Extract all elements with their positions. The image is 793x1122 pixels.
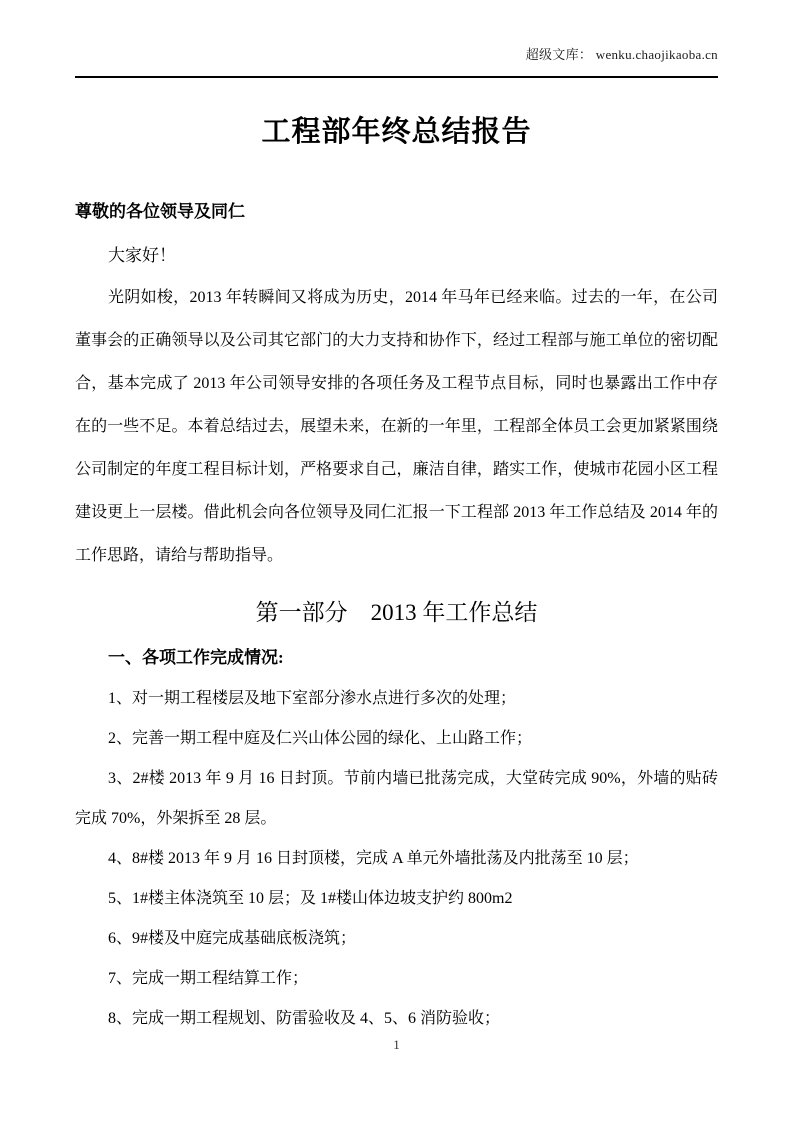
work-items-list: 1、对一期工程楼层及地下室部分渗水点进行多次的处理； 2、完善一期工程中庭及仁兴…	[75, 679, 718, 1039]
watermark-site-label: 超级文库： wenku.chaojikaoba.cn	[526, 47, 718, 62]
work-item-7: 7、完成一期工程结算工作；	[75, 959, 718, 999]
salutation-line: 尊敬的各位领导及同仁	[75, 200, 718, 224]
page-footer: 1	[0, 1036, 793, 1054]
work-item-6: 6、9#楼及中庭完成基础底板浇筑；	[75, 919, 718, 959]
work-item-3: 3、2#楼 2013 年 9 月 16 日封顶。节前内墙已批荡完成，大堂砖完成 …	[75, 759, 718, 839]
document-title: 工程部年终总结报告	[75, 114, 718, 150]
page-header: 超级文库： wenku.chaojikaoba.cn	[75, 0, 718, 78]
work-item-5: 5、1#楼主体浇筑至 10 层；及 1#楼山体边坡支护约 800m2	[75, 879, 718, 919]
page-number: 1	[393, 1037, 400, 1052]
work-item-4: 4、8#楼 2013 年 9 月 16 日封顶楼，完成 A 单元外墙批荡及内批荡…	[75, 839, 718, 879]
section1-subheading: 一、各项工作完成情况:	[75, 645, 718, 671]
greeting-line: 大家好！	[75, 244, 718, 268]
document-page: 超级文库： wenku.chaojikaoba.cn 工程部年终总结报告 尊敬的…	[0, 0, 793, 1122]
section1-heading: 第一部分 2013 年工作总结	[75, 597, 718, 629]
work-item-1: 1、对一期工程楼层及地下室部分渗水点进行多次的处理；	[75, 679, 718, 719]
work-item-2: 2、完善一期工程中庭及仁兴山体公园的绿化、上山路工作；	[75, 719, 718, 759]
intro-paragraph: 光阴如梭，2013 年转瞬间又将成为历史，2014 年马年已经来临。过去的一年，…	[75, 276, 718, 577]
work-item-8: 8、完成一期工程规划、防雷验收及 4、5、6 消防验收；	[75, 999, 718, 1039]
